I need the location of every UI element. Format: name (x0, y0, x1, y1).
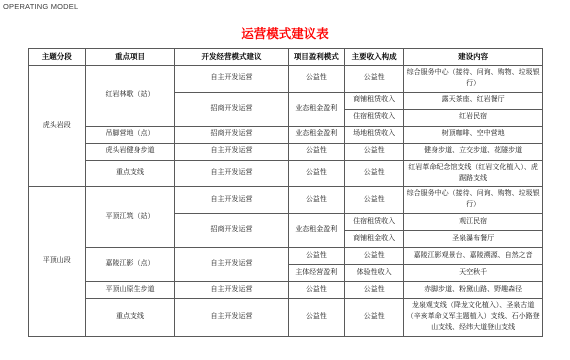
column-header-dev-mode: 开发经营模式建议 (175, 49, 288, 66)
table-cell: 树顶咖啡、空中营地 (404, 126, 543, 143)
table-cell: 商铺租金收入 (345, 231, 404, 248)
table-cell: 综合服务中心（接待、问询、购物、垃圾银行） (404, 187, 543, 214)
column-header-key-project: 重点项目 (85, 49, 175, 66)
table-cell: 平顶江筑（站） (85, 187, 175, 248)
column-header-segment: 主题分段 (29, 49, 86, 66)
table-cell: 观江民宿 (404, 214, 543, 231)
table-cell: 天空秋千 (404, 265, 543, 282)
table-cell: 公益性 (288, 143, 345, 160)
table-cell: 平顶山段 (29, 187, 86, 336)
table-cell: 体验性收入 (345, 265, 404, 282)
table-cell: 综合服务中心（接待、问询、购物、垃圾银行） (404, 66, 543, 93)
table-cell: 龙泉观支线（降龙文化植入）、圣泉古道（辛亥革命义军主题植入）支线、石小路登山支线… (404, 299, 543, 337)
table-cell: 健身步道、立交步道、花隧步道 (404, 143, 543, 160)
table-row: 平顶山原生步道自主开发运营公益性公益性赤脚步道、粉黛山路、野趣森径 (29, 282, 543, 299)
operating-model-table-container: 主题分段 重点项目 开发经营模式建议 项目盈利模式 主要收入构成 建设内容 虎头… (28, 48, 543, 337)
column-header-content: 建设内容 (404, 49, 543, 66)
table-cell: 虎头岩健身步道 (85, 143, 175, 160)
table-cell: 公益性 (345, 299, 404, 337)
table-cell: 自主开发运营 (175, 282, 288, 299)
table-cell: 公益性 (288, 160, 345, 187)
table-cell: 场地租赁收入 (345, 126, 404, 143)
table-row: 嘉陵江影（点）自主开发运营公益性公益性嘉陵江影观景台、嘉陵溯源、自然之音 (29, 248, 543, 265)
table-cell: 公益性 (345, 282, 404, 299)
table-cell: 招商开发运营 (175, 92, 288, 126)
column-header-profit-mode: 项目盈利模式 (288, 49, 345, 66)
table-cell: 嘉陵江影（点） (85, 248, 175, 282)
table-cell: 招商开发运营 (175, 214, 288, 248)
table-cell: 自主开发运营 (175, 160, 288, 187)
table-cell: 公益性 (288, 299, 345, 337)
table-cell: 公益性 (288, 187, 345, 214)
page-title: 运营模式建议表 (0, 27, 570, 41)
table-cell: 虎头岩段 (29, 66, 86, 187)
table-cell: 自主开发运营 (175, 187, 288, 214)
table-cell: 主体经营盈利 (288, 265, 345, 282)
table-cell: 公益性 (288, 282, 345, 299)
table-cell: 嘉陵江影观景台、嘉陵溯源、自然之音 (404, 248, 543, 265)
table-cell: 商铺租赁收入 (345, 92, 404, 109)
table-header-row: 主题分段 重点项目 开发经营模式建议 项目盈利模式 主要收入构成 建设内容 (29, 49, 543, 66)
table-cell: 自主开发运营 (175, 66, 288, 93)
table-cell: 圣泉瀑布餐厅 (404, 231, 543, 248)
table-cell: 红岩林歌（站） (85, 66, 175, 127)
table-row: 虎头岩段红岩林歌（站）自主开发运营公益性公益性综合服务中心（接待、问询、购物、垃… (29, 66, 543, 93)
table-cell: 公益性 (345, 160, 404, 187)
table-row: 重点支线自主开发运营公益性公益性红岩革命纪念馆支线（红岩文化植入）、虎踞路支线 (29, 160, 543, 187)
table-row: 平顶山段平顶江筑（站）自主开发运营公益性公益性综合服务中心（接待、问询、购物、垃… (29, 187, 543, 214)
table-cell: 自主开发运营 (175, 143, 288, 160)
table-cell: 住宿租赁收入 (345, 214, 404, 231)
table-cell: 住宿租赁收入 (345, 109, 404, 126)
table-cell: 自主开发运营 (175, 299, 288, 337)
table-cell: 吊脚营地（点） (85, 126, 175, 143)
table-row: 虎头岩健身步道自主开发运营公益性公益性健身步道、立交步道、花隧步道 (29, 143, 543, 160)
table-cell: 公益性 (288, 66, 345, 93)
table-cell: 公益性 (345, 187, 404, 214)
table-cell: 公益性 (345, 248, 404, 265)
table-cell: 红岩民宿 (404, 109, 543, 126)
table-cell: 重点支线 (85, 160, 175, 187)
table-row: 重点支线自主开发运营公益性公益性龙泉观支线（降龙文化植入）、圣泉古道（辛亥革命义… (29, 299, 543, 337)
table-cell: 业态租金盈利 (288, 214, 345, 248)
table-body: 虎头岩段红岩林歌（站）自主开发运营公益性公益性综合服务中心（接待、问询、购物、垃… (29, 66, 543, 337)
table-cell: 公益性 (345, 66, 404, 93)
page-kicker: OPERATING MODEL (3, 2, 78, 11)
table-header: 主题分段 重点项目 开发经营模式建议 项目盈利模式 主要收入构成 建设内容 (29, 49, 543, 66)
table-cell: 公益性 (288, 248, 345, 265)
table-cell: 平顶山原生步道 (85, 282, 175, 299)
table-cell: 重点支线 (85, 299, 175, 337)
table-cell: 红岩革命纪念馆支线（红岩文化植入）、虎踞路支线 (404, 160, 543, 187)
table-cell: 招商开发运营 (175, 126, 288, 143)
table-cell: 赤脚步道、粉黛山路、野趣森径 (404, 282, 543, 299)
table-cell: 自主开发运营 (175, 248, 288, 282)
table-cell: 露天茶座、红岩餐厅 (404, 92, 543, 109)
table-cell: 业态租金盈利 (288, 126, 345, 143)
table-row: 吊脚营地（点）招商开发运营业态租金盈利场地租赁收入树顶咖啡、空中营地 (29, 126, 543, 143)
table-cell: 公益性 (345, 143, 404, 160)
operating-model-table: 主题分段 重点项目 开发经营模式建议 项目盈利模式 主要收入构成 建设内容 虎头… (28, 48, 543, 337)
table-cell: 业态租金盈利 (288, 92, 345, 126)
column-header-income: 主要收入构成 (345, 49, 404, 66)
